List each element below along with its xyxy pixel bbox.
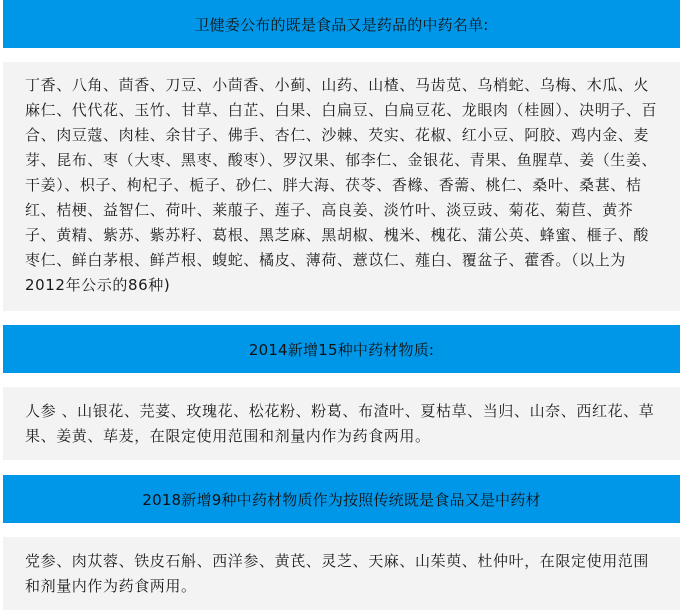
section-body-2012: 丁香、八角、茴香、刀豆、小茴香、小蓟、山药、山楂、马齿苋、乌梢蛇、乌梅、木瓜、火…: [3, 62, 680, 311]
section-title: 2018新增9种中药材物质作为按照传统既是食品又是中药材: [142, 489, 540, 510]
herb-list-text: 人参 、山银花、芫荽、玫瑰花、松花粉、粉葛、布渣叶、夏枯草、当归、山奈、西红花、…: [25, 399, 660, 449]
section-title: 卫健委公布的既是食品又是药品的中药名单:: [194, 14, 488, 35]
section-body-2018: 党参、肉苁蓉、铁皮石斛、西洋参、黄芪、灵芝、天麻、山茱萸、杜仲叶，在限定使用范围…: [3, 537, 680, 610]
section-header-2012: 卫健委公布的既是食品又是药品的中药名单:: [3, 0, 680, 48]
herb-list-text: 党参、肉苁蓉、铁皮石斛、西洋参、黄芪、灵芝、天麻、山茱萸、杜仲叶，在限定使用范围…: [25, 549, 660, 599]
section-title: 2014新增15种中药材物质:: [249, 339, 434, 360]
section-header-2014: 2014新增15种中药材物质:: [3, 325, 680, 373]
herb-list-text: 丁香、八角、茴香、刀豆、小茴香、小蓟、山药、山楂、马齿苋、乌梢蛇、乌梅、木瓜、火…: [25, 73, 660, 298]
section-header-2018: 2018新增9种中药材物质作为按照传统既是食品又是中药材: [3, 475, 680, 523]
section-body-2014: 人参 、山银花、芫荽、玫瑰花、松花粉、粉葛、布渣叶、夏枯草、当归、山奈、西红花、…: [3, 387, 680, 460]
